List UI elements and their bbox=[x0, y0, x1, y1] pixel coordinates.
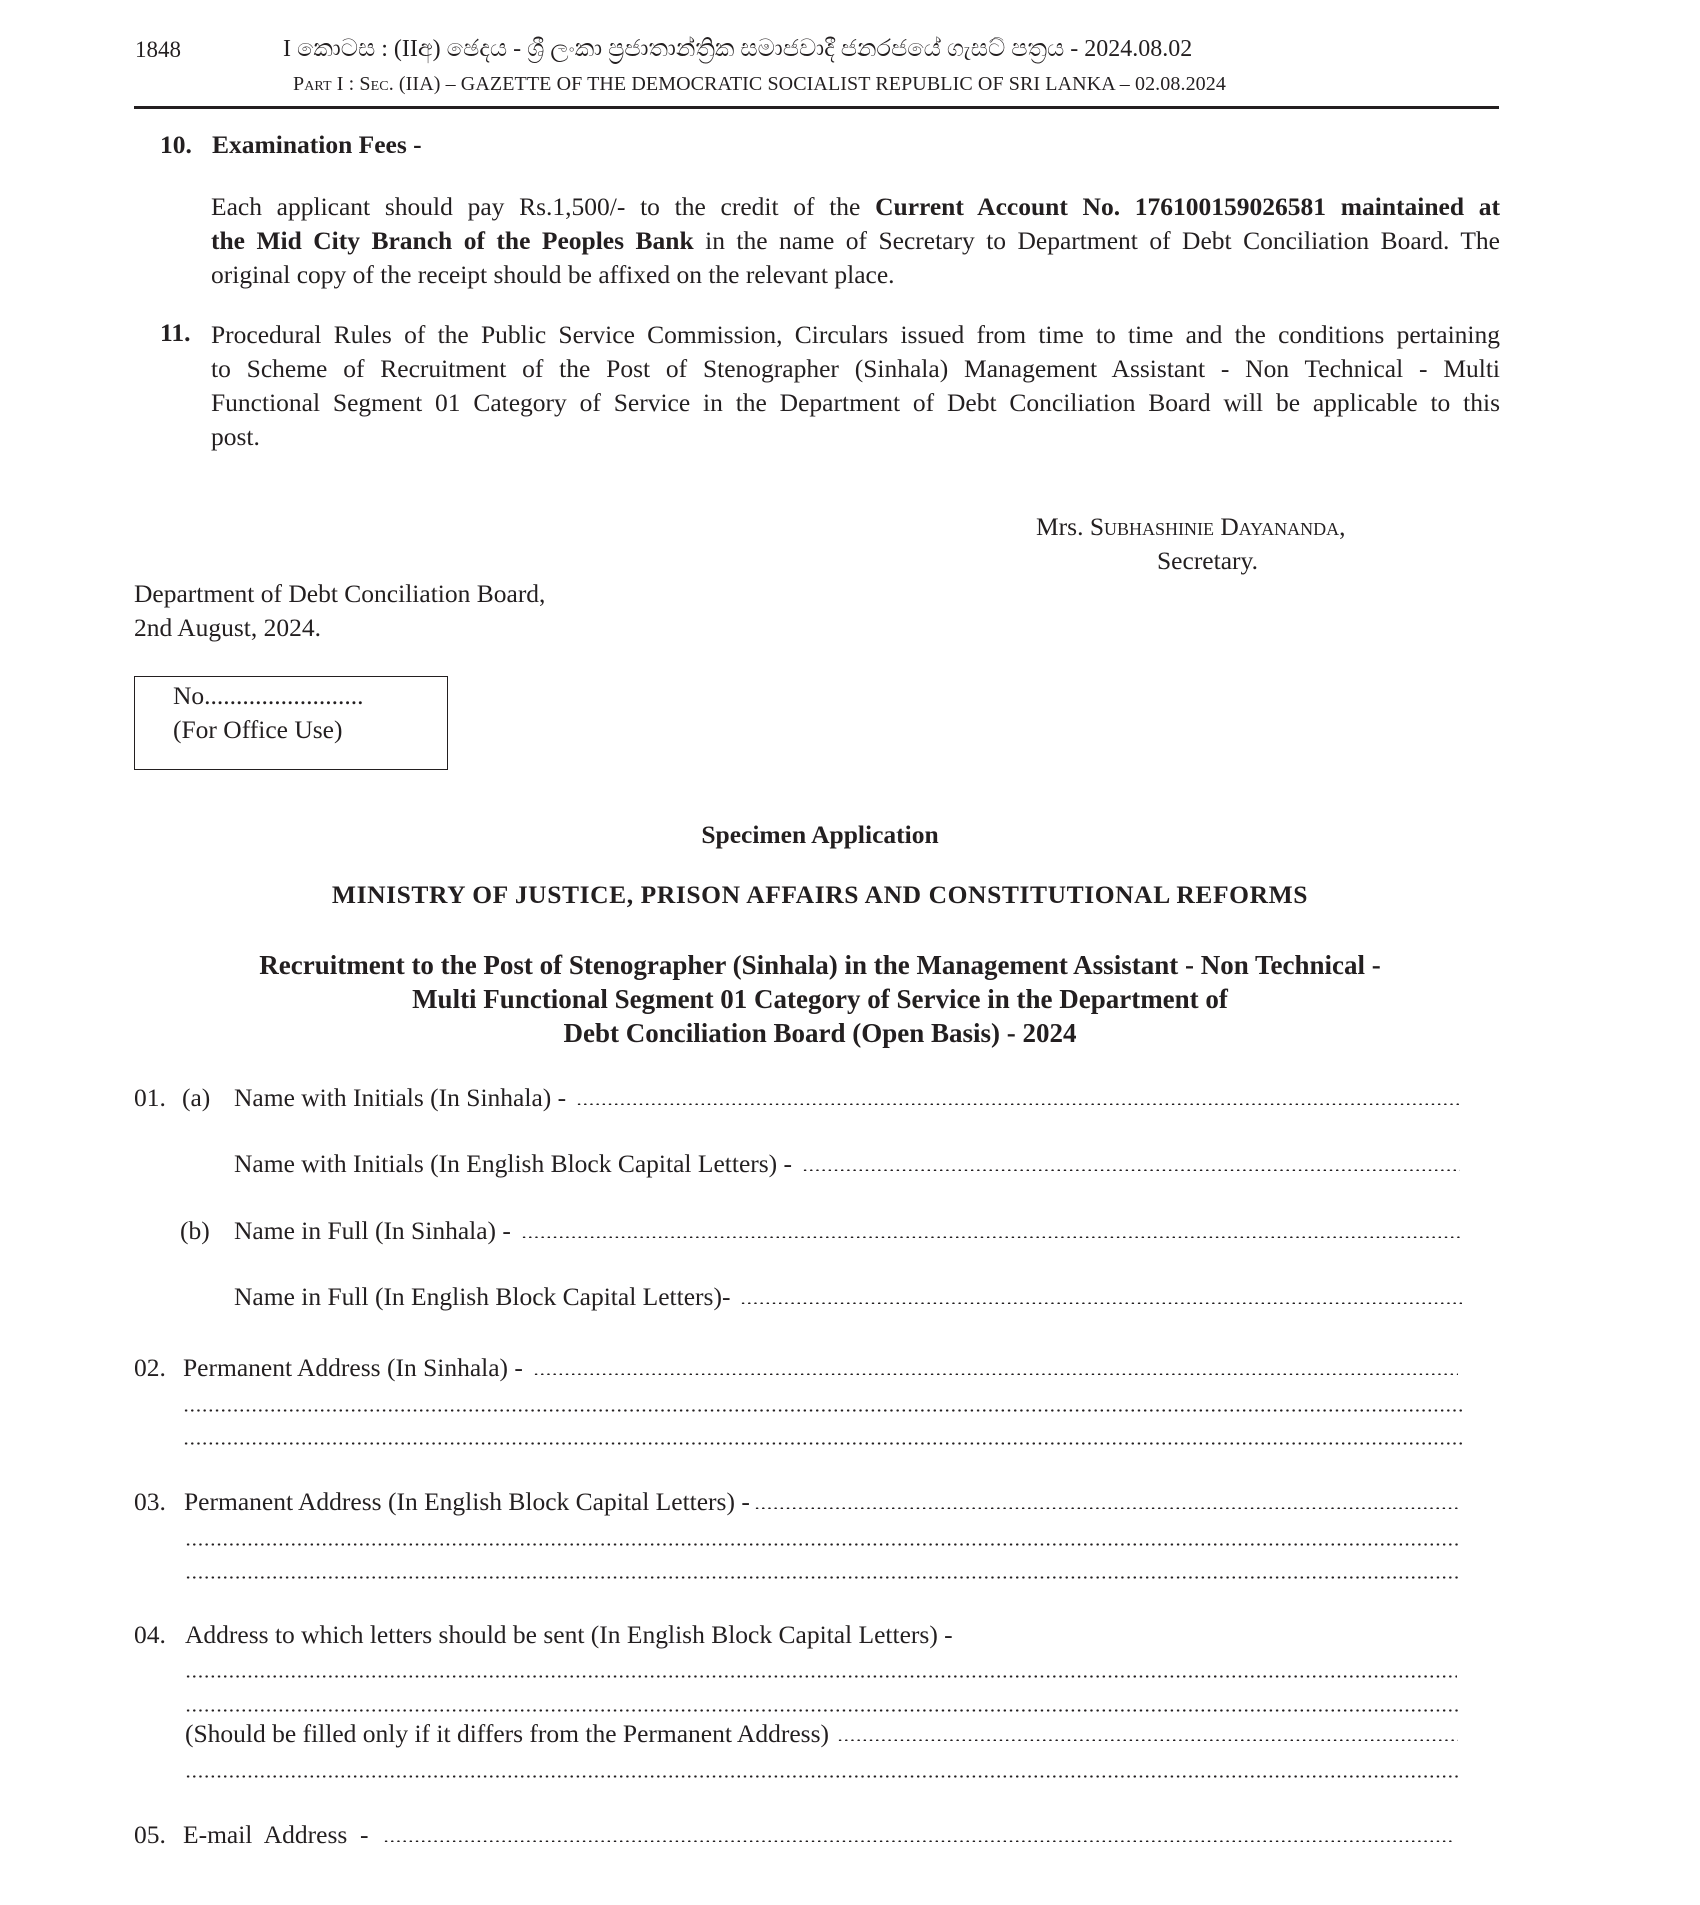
fill-in-line[interactable] bbox=[802, 1169, 1460, 1171]
field-label: Permanent Address (In Sinhala) - bbox=[183, 1351, 523, 1385]
question-01-b-label: (b) bbox=[180, 1214, 210, 1248]
page-number: 1848 bbox=[135, 37, 181, 63]
question-04-number: 04. bbox=[134, 1618, 166, 1652]
fill-in-line[interactable] bbox=[185, 1709, 1459, 1712]
fill-in-line[interactable] bbox=[185, 1675, 1457, 1678]
office-use-note: (For Office Use) bbox=[173, 715, 342, 745]
field-label: Name in Full (In Sinhala) - bbox=[234, 1214, 511, 1248]
section-10-body: Each applicant should pay Rs.1,500/- to … bbox=[211, 190, 1500, 292]
fill-in-line[interactable] bbox=[183, 1442, 1462, 1445]
question-05-number: 05. bbox=[134, 1818, 166, 1852]
field-label-correspondence-address: Address to which letters should be sent … bbox=[185, 1618, 953, 1652]
field-label: E-mail Address - bbox=[183, 1818, 369, 1852]
paragraph-line: original copy of the receipt should be a… bbox=[211, 258, 1500, 292]
question-01-number: 01. bbox=[134, 1081, 166, 1115]
signatory-name: Mrs. Subhashinie Dayananda, bbox=[1036, 512, 1346, 542]
fill-in-line[interactable] bbox=[185, 1775, 1459, 1778]
paragraph-line: post. bbox=[211, 420, 1500, 454]
section-11-number: 11. bbox=[160, 318, 190, 348]
office-use-number: No......................... bbox=[173, 681, 364, 711]
field-correspondence-address[interactable]: (Should be filled only if it differs fro… bbox=[185, 1717, 1458, 1751]
field-name-full-sinhala[interactable]: Name in Full (In Sinhala) - bbox=[234, 1214, 1460, 1248]
issue-date: 2nd August, 2024. bbox=[134, 613, 321, 643]
fill-in-line[interactable] bbox=[521, 1236, 1460, 1238]
section-11-body: Procedural Rules of the Public Service C… bbox=[211, 318, 1500, 454]
question-01-a-label: (a) bbox=[182, 1081, 210, 1115]
recruitment-title: Recruitment to the Post of Stenographer … bbox=[0, 948, 1640, 1050]
fill-in-line[interactable] bbox=[754, 1507, 1458, 1509]
fill-in-line[interactable] bbox=[576, 1103, 1462, 1105]
question-02-number: 02. bbox=[134, 1351, 166, 1385]
gazette-header-english: Part I : Sec. (IIA) – GAZETTE OF THE DEM… bbox=[293, 73, 1226, 96]
recruitment-title-line: Multi Functional Segment 01 Category of … bbox=[0, 982, 1640, 1016]
paragraph-line: Procedural Rules of the Public Service C… bbox=[211, 318, 1500, 352]
field-permanent-address-sinhala[interactable]: Permanent Address (In Sinhala) - bbox=[183, 1351, 1458, 1385]
field-label: Name with Initials (In English Block Cap… bbox=[234, 1147, 792, 1181]
fill-in-line[interactable] bbox=[185, 1543, 1459, 1546]
section-10-title: Examination Fees - bbox=[212, 130, 422, 160]
fill-in-line[interactable] bbox=[533, 1373, 1458, 1375]
field-label: Name in Full (In English Block Capital L… bbox=[234, 1280, 730, 1314]
recruitment-title-line: Recruitment to the Post of Stenographer … bbox=[0, 948, 1640, 982]
specimen-application-heading: Specimen Application bbox=[0, 820, 1640, 850]
recruitment-title-line: Debt Conciliation Board (Open Basis) - 2… bbox=[0, 1016, 1640, 1050]
field-permanent-address-english[interactable]: Permanent Address (In English Block Capi… bbox=[184, 1485, 1458, 1519]
ministry-heading: MINISTRY OF JUSTICE, PRISON AFFAIRS AND … bbox=[0, 880, 1640, 910]
paragraph-line: Functional Segment 01 Category of Servic… bbox=[211, 386, 1500, 420]
paragraph-line: to Scheme of Recruitment of the Post of … bbox=[211, 352, 1500, 386]
header-divider bbox=[134, 106, 1499, 109]
paragraph-line: Each applicant should pay Rs.1,500/- to … bbox=[211, 190, 1500, 224]
field-label: Permanent Address (In English Block Capi… bbox=[184, 1485, 750, 1519]
field-name-initials-english[interactable]: Name with Initials (In English Block Cap… bbox=[234, 1147, 1460, 1181]
fill-in-line[interactable] bbox=[837, 1739, 1458, 1741]
signatory-title: Secretary. bbox=[1157, 546, 1258, 576]
section-10-number: 10. bbox=[160, 130, 192, 160]
fill-in-line[interactable] bbox=[740, 1302, 1462, 1304]
fill-in-line[interactable] bbox=[383, 1840, 1455, 1842]
paragraph-line: the Mid City Branch of the Peoples Bank … bbox=[211, 224, 1500, 258]
field-note: (Should be filled only if it differs fro… bbox=[185, 1717, 829, 1751]
gazette-header-sinhala: I කොටස : (IIඅ) ඡෙදය - ශ්‍රී ලංකා ප්‍රජාත… bbox=[283, 36, 1192, 63]
field-name-initials-sinhala[interactable]: Name with Initials (In Sinhala) - bbox=[234, 1081, 1462, 1115]
field-email-address[interactable]: E-mail Address - bbox=[183, 1818, 1455, 1852]
question-03-number: 03. bbox=[134, 1485, 166, 1519]
field-label: Name with Initials (In Sinhala) - bbox=[234, 1081, 566, 1115]
field-name-full-english[interactable]: Name in Full (In English Block Capital L… bbox=[234, 1280, 1462, 1314]
issuing-department: Department of Debt Conciliation Board, bbox=[134, 579, 545, 609]
fill-in-line[interactable] bbox=[183, 1409, 1462, 1412]
fill-in-line[interactable] bbox=[185, 1576, 1459, 1579]
